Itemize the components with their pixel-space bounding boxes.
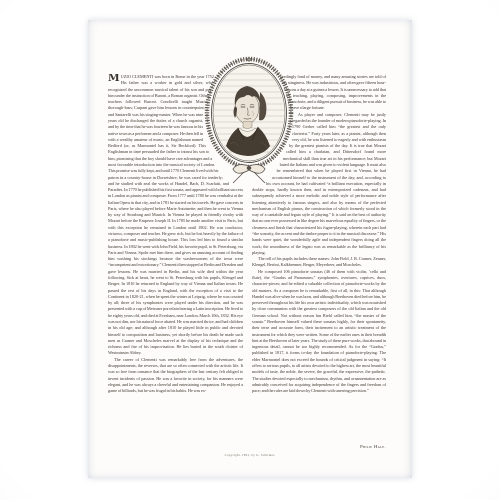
paragraph: The career of Clementi was remarkably fr…	[108, 357, 243, 395]
drop-cap: M	[108, 74, 121, 84]
clementi-portrait-engraving	[204, 56, 294, 186]
byline: Philip Hale.	[357, 444, 386, 449]
frame-ribbon-bow-icon	[233, 165, 265, 183]
paragraph: He composed 106 pianoforte sonatas (46 o…	[252, 269, 386, 395]
book-page: MUZIO CLEMENTI was born in Rome in the y…	[88, 20, 412, 478]
paragraph: The roll of his pupils includes these na…	[252, 256, 386, 269]
footer-caption: Copyright, 1891, by G. Schirmer.	[88, 453, 412, 457]
